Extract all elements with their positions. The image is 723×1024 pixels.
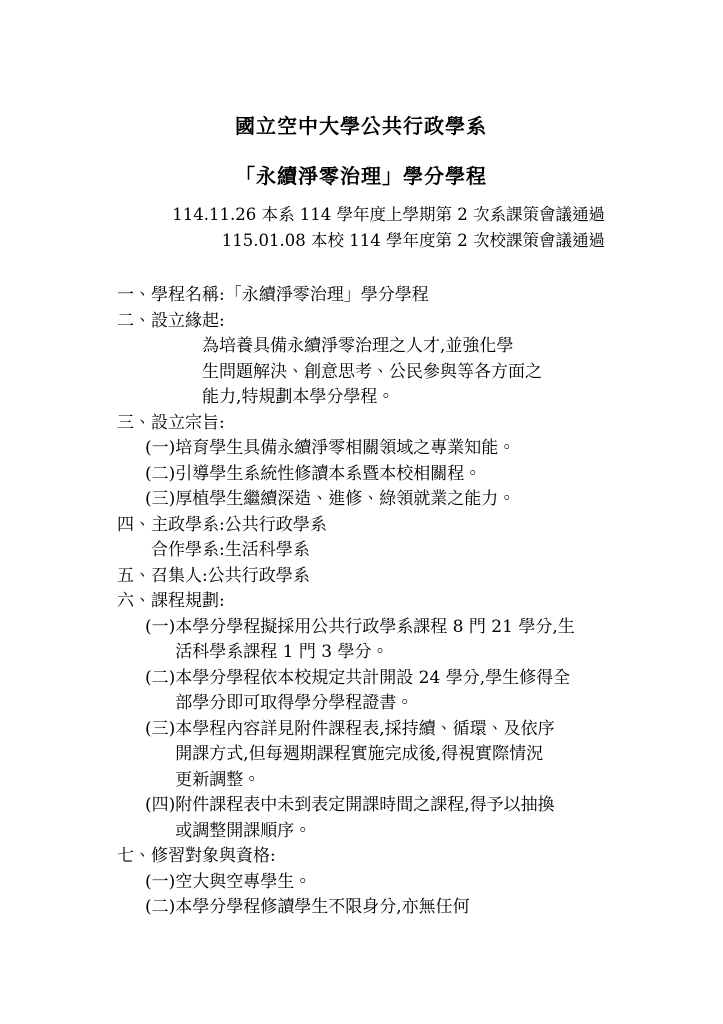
section-7-sub-2-number: (二) xyxy=(145,895,175,921)
section-1-heading: 一、 學程名稱:「永續淨零治理」學分學程 xyxy=(117,283,605,309)
approval-line-school: 115.01.08 本校 114 學年度第 2 次校課策會議通過 xyxy=(117,228,605,254)
approval-notes: 114.11.26 本系 114 學年度上學期第 2 次系課策會議通過 115.… xyxy=(117,202,605,254)
section-6-sub-item-1: (一) 本學分學程擬採用公共行政學系課程 8 門 21 學分,生 活科學系課程 … xyxy=(145,615,605,666)
section-3-sub-item-1: (一) 培育學生具備永續淨零相關領域之專業知能。 xyxy=(145,436,605,462)
section-6-sub-2-number: (二) xyxy=(145,666,175,692)
section-7-sub-2-text: 本學分學程修讀學生不限身分,亦無任何 xyxy=(175,895,605,921)
section-6-sub-3-number: (三) xyxy=(145,717,175,743)
section-6-sub-item-2: (二) 本學分學程依本校規定共計開設 24 學分,學生修得全 部學分即可取得學分… xyxy=(145,666,605,717)
section-3-text: 設立宗旨: xyxy=(151,411,225,437)
section-3-heading: 三、 設立宗旨: xyxy=(117,411,605,437)
section-7-sub-item-2: (二) 本學分學程修讀學生不限身分,亦無任何 xyxy=(145,895,605,921)
section-2-number: 二、 xyxy=(117,309,151,335)
section-4-heading: 四、 主政學系:公共行政學系 合作學系:生活科學系 xyxy=(117,513,605,564)
section-6-sub-1-number: (一) xyxy=(145,615,175,641)
section-7-sub-item-1: (一) 空大與空專學生。 xyxy=(145,870,605,896)
section-1-program-name: 一、 學程名稱:「永續淨零治理」學分學程 xyxy=(117,283,605,309)
section-1-text: 學程名稱:「永續淨零治理」學分學程 xyxy=(151,283,429,309)
section-7-sub-1-text: 空大與空專學生。 xyxy=(175,870,605,896)
section-3-sub-1-number: (一) xyxy=(145,436,175,462)
page-subtitle: 「永續淨零治理」學分學程 xyxy=(117,163,605,189)
section-4-number: 四、 xyxy=(117,513,151,539)
section-6-sub-4-text: 附件課程表中未到表定開課時間之課程,得予以抽換 或調整開課順序。 xyxy=(175,793,605,844)
section-2-paragraph: 為培養具備永續淨零治理之人才,並強化學 生問題解決、創意思考、公民參與等各方面之… xyxy=(202,334,605,411)
section-3-sub-item-2: (二) 引導學生系統性修讀本系暨本校相關程。 xyxy=(145,462,605,488)
section-6-number: 六、 xyxy=(117,589,151,615)
section-2-heading: 二、 設立緣起: xyxy=(117,309,605,335)
approval-line-dept: 114.11.26 本系 114 學年度上學期第 2 次系課策會議通過 xyxy=(117,202,605,228)
section-6-sub-item-3: (三) 本學程內容詳見附件課程表,採持續、循環、及依序 開課方式,但每週期課程實… xyxy=(145,717,605,794)
section-6-sub-3-text: 本學程內容詳見附件課程表,採持續、循環、及依序 開課方式,但每週期課程實施完成後… xyxy=(175,717,605,794)
section-4-text: 主政學系:公共行政學系 合作學系:生活科學系 xyxy=(151,513,327,564)
section-5-number: 五、 xyxy=(117,564,151,590)
page-title: 國立空中大學公共行政學系 xyxy=(117,113,605,139)
section-7-eligibility: 七、 修習對象與資格: (一) 空大與空專學生。 (二) 本學分學程修讀學生不限… xyxy=(117,844,605,921)
section-7-number: 七、 xyxy=(117,844,151,870)
section-3-sub-2-text: 引導學生系統性修讀本系暨本校相關程。 xyxy=(175,462,605,488)
section-7-sub-1-number: (一) xyxy=(145,870,175,896)
section-5-convener: 五、 召集人:公共行政學系 xyxy=(117,564,605,590)
section-6-text: 課程規劃: xyxy=(151,589,225,615)
section-3-purpose: 三、 設立宗旨: (一) 培育學生具備永續淨零相關領域之專業知能。 (二) 引導… xyxy=(117,411,605,513)
section-4-host-department: 四、 主政學系:公共行政學系 合作學系:生活科學系 xyxy=(117,513,605,564)
section-5-heading: 五、 召集人:公共行政學系 xyxy=(117,564,605,590)
section-6-curriculum-plan: 六、 課程規劃: (一) 本學分學程擬採用公共行政學系課程 8 門 21 學分,… xyxy=(117,589,605,844)
section-3-sub-3-number: (三) xyxy=(145,487,175,513)
section-2-origin: 二、 設立緣起: 為培養具備永續淨零治理之人才,並強化學 生問題解決、創意思考、… xyxy=(117,309,605,411)
section-2-text: 設立緣起: xyxy=(151,309,225,335)
section-5-text: 召集人:公共行政學系 xyxy=(151,564,310,590)
section-6-sub-2-text: 本學分學程依本校規定共計開設 24 學分,學生修得全 部學分即可取得學分學程證書… xyxy=(175,666,605,717)
document-body: 一、 學程名稱:「永續淨零治理」學分學程 二、 設立緣起: 為培養具備永續淨零治… xyxy=(117,283,605,921)
section-1-number: 一、 xyxy=(117,283,151,309)
section-3-number: 三、 xyxy=(117,411,151,437)
section-6-heading: 六、 課程規劃: xyxy=(117,589,605,615)
section-3-sub-3-text: 厚植學生繼續深造、進修、綠領就業之能力。 xyxy=(175,487,605,513)
document-page: 國立空中大學公共行政學系 「永續淨零治理」學分學程 114.11.26 本系 1… xyxy=(0,0,723,1024)
section-7-text: 修習對象與資格: xyxy=(151,844,276,870)
section-3-sub-item-3: (三) 厚植學生繼續深造、進修、綠領就業之能力。 xyxy=(145,487,605,513)
section-3-sub-1-text: 培育學生具備永續淨零相關領域之專業知能。 xyxy=(175,436,605,462)
section-6-sub-item-4: (四) 附件課程表中未到表定開課時間之課程,得予以抽換 或調整開課順序。 xyxy=(145,793,605,844)
section-6-sub-1-text: 本學分學程擬採用公共行政學系課程 8 門 21 學分,生 活科學系課程 1 門 … xyxy=(175,615,605,666)
section-6-sub-4-number: (四) xyxy=(145,793,175,819)
section-7-heading: 七、 修習對象與資格: xyxy=(117,844,605,870)
section-3-sub-2-number: (二) xyxy=(145,462,175,488)
